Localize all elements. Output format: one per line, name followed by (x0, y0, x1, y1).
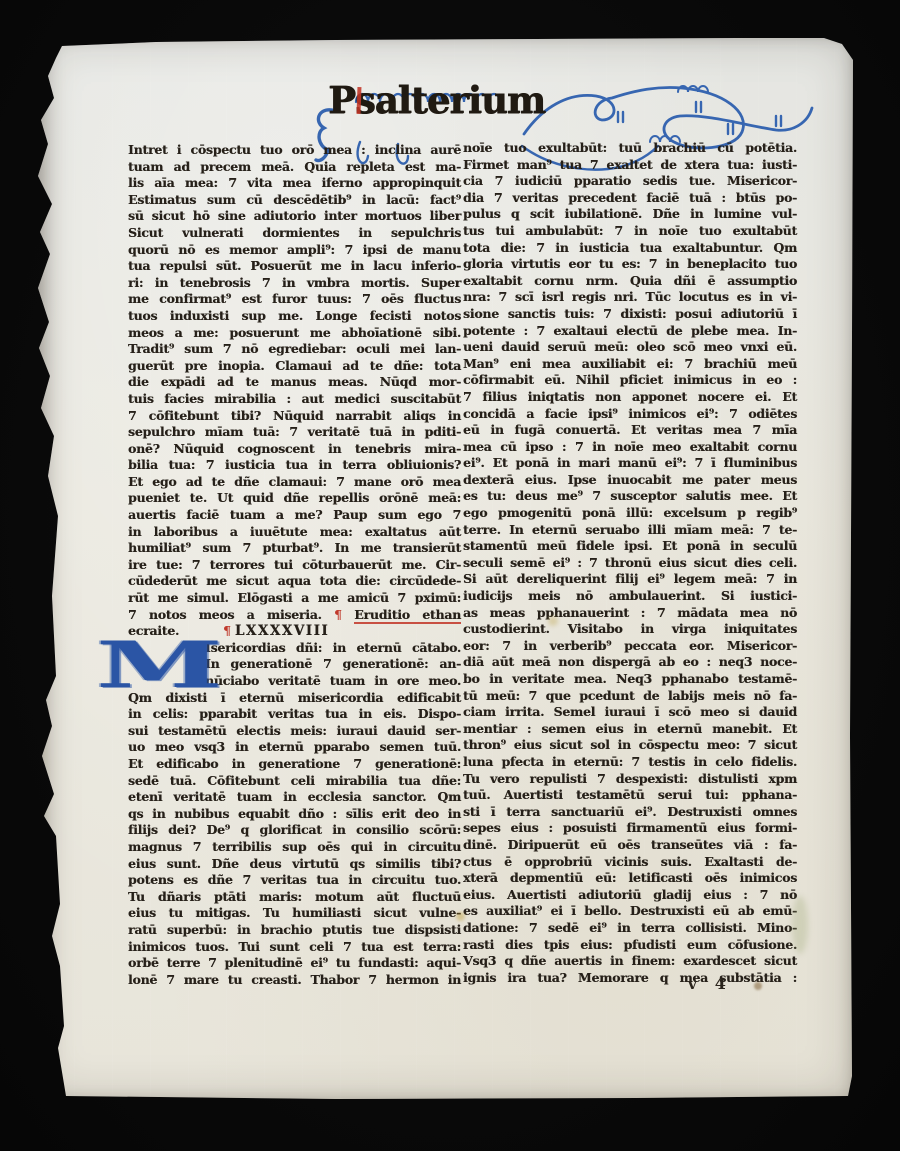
text-line: in laboribus a iuuētute mea: exaltatus a… (128, 524, 461, 541)
text-line: ciam irrita. Semel iuraui ī scō meo si d… (463, 704, 797, 721)
text-line: xterā depmentiū eū: letificasti oēs inim… (463, 870, 797, 887)
text-line: pueniet te. Ut quid dñe repellis orōnē m… (128, 490, 461, 507)
text-column-left: Intret i cōspectu tuo orō mea : inclina … (128, 142, 461, 988)
text-line: eius tu mitigas. Tu humiliasti sicut vul… (128, 905, 461, 922)
text-line: custodierint. Visitabo in virga iniquita… (463, 621, 797, 638)
text-line: datione: 7 sedē ei⁹ in terra collisisti.… (463, 920, 797, 937)
text-line: sione sanctis tuis: 7 dixisti: posui adi… (463, 306, 797, 323)
text-line: lonē 7 mare tu creasti. Thabor 7 hermon … (128, 972, 461, 989)
text-line: sti ī terra sanctuariū ei⁹. Destruxisti … (463, 804, 797, 821)
text-line: 7 filius iniqtatis non apponet nocere ei… (463, 389, 797, 406)
text-line: eor: 7 in verberib⁹ peccata eor. Miseric… (463, 638, 797, 655)
text-line: tuis facies mirabilia : aut medici susci… (128, 391, 461, 408)
text-line: qs in nubibus equabit dño : sīlis erit d… (128, 806, 461, 823)
text-line: filijs dei? De⁹ q glorificat in consilio… (128, 822, 461, 839)
rubric-title-line: 7 notos meos a miseria. ¶ Eruditio ethan (128, 607, 461, 624)
text-line: Intret i cōspectu tuo orō mea : inclina … (128, 142, 461, 159)
text-line: noīe tuo exultabūt: tuū brachiū cū potēt… (463, 140, 797, 157)
photograph-background: Psalterium Intret i cōspectu tuo orō mea… (0, 0, 900, 1151)
text-line: in celis: pparabit veritas tua in eis. D… (128, 706, 461, 723)
text-line: tota die: 7 in iusticia tua exaltabuntur… (463, 240, 797, 257)
text-line: stamentū meū fidele ipsi. Et ponā in sec… (463, 538, 797, 555)
text-line: dinē. Diripuerūt eū oēs transeūtes viā :… (463, 837, 797, 854)
initial-letter: M (96, 634, 223, 697)
text-line: ratū superbū: in brachio ptutis tue disp… (128, 922, 461, 939)
text-line: uo meo vsq3 in eternū pparabo semen tuū. (128, 739, 461, 756)
text-line: eius. Auertisti adiutoriū gladij eius : … (463, 887, 797, 904)
text-line: exaltabit cornu nrm. Quia dñi ē assumpti… (463, 273, 797, 290)
text-line: humiliat⁹ sum 7 pturbat⁹. In me transier… (128, 540, 461, 557)
text-line: cia 7 iudiciū pparatio sedis tue. Miseri… (463, 173, 797, 190)
text-line: thron⁹ eius sicut sol in cōspectu meo: 7… (463, 737, 797, 754)
text-fragment: 7 notos meos a miseria. (128, 607, 322, 622)
text-line: eius sunt. Dñe deus virtutū qs similis t… (128, 856, 461, 873)
text-line: quorū nō es memor ampli⁹: 7 ipsi de manu (128, 242, 461, 259)
text-line: cūdederūt me sicut aqua tota die: circūd… (128, 573, 461, 590)
stain (754, 982, 762, 990)
text-line: Sicut vulnerati dormientes in sepulchris (128, 225, 461, 242)
psalm-number: LXXXXVIII (235, 623, 329, 639)
text-line: sū sicut hō sine adiutorio inter mortuos… (128, 208, 461, 225)
text-line: mea cū ipso : 7 in noīe meo exaltabit co… (463, 439, 797, 456)
text-line: Et edificabo in generatione 7 generation… (128, 756, 461, 773)
text-line: gloria virtutis eor tu es: 7 in beneplac… (463, 256, 797, 273)
text-line: as meas pphanauerint : 7 mādata mea nō (463, 605, 797, 622)
psalm-88-opening: M Isericordias dñi: in eternū cātabo.In … (128, 640, 461, 690)
signature-numeral: 4 (715, 974, 726, 993)
text-line: dexterā eius. Ipse inuocabit me pater me… (463, 472, 797, 489)
text-line: tus tui ambulabūt: 7 in noīe tuo exultab… (463, 223, 797, 240)
text-line: seculi semē ei⁹ : 7 thronū eius sicut di… (463, 555, 797, 572)
text-line: orbē terre 7 plenitudinē ei⁹ tu fundasti… (128, 955, 461, 972)
text-line: ignis ira tua? Memorare q mea substātia … (463, 970, 797, 987)
stain (792, 896, 808, 954)
text-line: Tradit⁹ sum 7 nō egrediebar: oculi mei l… (128, 341, 461, 358)
text-line: concidā a facie ipsi⁹ inimicos ei⁹: 7 od… (463, 406, 797, 423)
psalm-rubric-title: Eruditio ethan (354, 607, 461, 624)
text-line: magnus 7 terribilis sup oēs qui in circu… (128, 839, 461, 856)
text-line: luna pfecta in eternū: 7 testis in celo … (463, 754, 797, 771)
text-line: eū in fugā conuertā. Et veritas mea 7 mī… (463, 422, 797, 439)
text-line: auertis faciē tuam a me? Paup sum ego 7 (128, 507, 461, 524)
text-line: es auxiliat⁹ ei ī bello. Destruxisti eū … (463, 903, 797, 920)
text-line: tuam ad precem meā. Quia repleta est ma- (128, 159, 461, 176)
text-line: rūt me simul. Elōgasti a me amicū 7 pxim… (128, 590, 461, 607)
text-line: ego pmogenitū ponā illū: excelsum p regi… (463, 505, 797, 522)
text-line: ire tue: 7 terrores tui cōturbauerūt me.… (128, 557, 461, 574)
text-line: nra: 7 scī isrl regis nri. Tūc locutus e… (463, 289, 797, 306)
text-line: onē? Nūquid cognoscent in tenebris mira- (128, 441, 461, 458)
text-line: potens es dñe 7 veritas tua in circuitu … (128, 872, 461, 889)
text-line: die expādi ad te manus meas. Nūqd mor- (128, 374, 461, 391)
text-line: guerūt pre inopia. Clamaui ad te dñe: to… (128, 358, 461, 375)
text-line: Tu vero repulisti 7 despexisti: distulis… (463, 771, 797, 788)
psalm-87-text: Intret i cōspectu tuo orō mea : inclina … (128, 142, 461, 607)
text-line: ri: in tenebrosis 7 in vmbra mortis. Sup… (128, 275, 461, 292)
text-line: terre. In eternū seruabo illi mīam meā: … (463, 522, 797, 539)
text-line: mentiar : semen eius in eternū manebit. … (463, 721, 797, 738)
text-line: Si aūt dereliquerint filij ei⁹ legem meā… (463, 571, 797, 588)
text-line: tū meū: 7 que pcedunt de labijs meis nō … (463, 688, 797, 705)
stain (456, 912, 465, 921)
text-line: Et ego ad te dñe clamaui: 7 mane orō mea (128, 474, 461, 491)
text-line: iudicijs meis nō ambulauerint. Si iustic… (463, 588, 797, 605)
text-line: tuū. Auertisti testamētū serui tui: ppha… (463, 787, 797, 804)
text-line: ctus ē opprobriū vicinis suis. Exaltasti… (463, 854, 797, 871)
text-line: sepes eius : posuisti firmamentū eius fo… (463, 820, 797, 837)
signature-letter: v (688, 975, 697, 993)
stain (548, 616, 558, 626)
text-line: sepulchro mīam tuā: 7 veritatē tuā in pd… (128, 424, 461, 441)
text-line: me confirmat⁹ est furor tuus: 7 oēs fluc… (128, 291, 461, 308)
text-line: ei⁹. Et ponā in mari manū ei⁹: 7 ī flumi… (463, 455, 797, 472)
text-line: 7 cōfitebunt tibi? Nūquid narrabit aliqs… (128, 408, 461, 425)
text-column-right: noīe tuo exultabūt: tuū brachiū cū potēt… (463, 140, 797, 986)
text-line: tuos induxisti sup me. Longe fecisti not… (128, 308, 461, 325)
psalm-88-text-cont: noīe tuo exultabūt: tuū brachiū cū potēt… (463, 140, 797, 986)
text-line: dia 7 veritas precedent faciē tuā : btūs… (463, 190, 797, 207)
text-line: lis aīa mea: 7 vita mea iferno appropinq… (128, 175, 461, 192)
text-line: inimicos tuos. Tui sunt celi 7 tua est t… (128, 939, 461, 956)
text-line: rasti dies tpis eius: pfudisti eum cōfus… (463, 937, 797, 954)
text-line: potente : 7 exaltaui electū de plebe mea… (463, 323, 797, 340)
text-line: sedē tuā. Cōfitebunt celi mirabilia tua … (128, 773, 461, 790)
text-line: meos a me: posuerunt me abhoīationē sibi… (128, 325, 461, 342)
illuminated-initial-M: M (128, 640, 205, 690)
text-line: ueni dauid seruū meū: oleo scō meo vnxi … (463, 339, 797, 356)
psalm-88-text: Qm dixisti ī eternū misericordia edifica… (128, 690, 461, 989)
text-line: bo in veritate mea. Neq3 pphanabo testam… (463, 671, 797, 688)
text-line: Firmet man⁹ tua 7 exaltet de xtera tua: … (463, 157, 797, 174)
text-line: sui testamētū electis meis: iuraui dauid… (128, 723, 461, 740)
text-line: tua repulsi sūt. Posuerūt me in lacu inf… (128, 258, 461, 275)
text-line: cōfirmabit eū. Nihil pficiet inimicus in… (463, 372, 797, 389)
text-line: etenī veritatē tuam in ecclesia sanctor.… (128, 789, 461, 806)
text-line: Tu dñaris ptāti maris: motum aūt fluctuū (128, 889, 461, 906)
text-line: Man⁹ eni mea auxiliabit ei: 7 brachiū me… (463, 356, 797, 373)
text-line: diā aūt meā non dispergā ab eo : neq3 no… (463, 654, 797, 671)
quire-signature: v4 (688, 974, 726, 993)
text-line: es tu: deus me⁹ 7 susceptor salutis mee.… (463, 488, 797, 505)
text-line: Estimatus sum cū descēdētib⁹ in lacū: fa… (128, 192, 461, 209)
text-line: Vsq3 q dñe auertis in finem: exardescet … (463, 953, 797, 970)
manuscript-leaf: Psalterium Intret i cōspectu tuo orō mea… (36, 36, 853, 1101)
text-line: pulus q scit iubilationē. Dñe in lumine … (463, 206, 797, 223)
text-line: bilia tua: 7 iusticia tua in terra obliu… (128, 457, 461, 474)
paraph-icon: ¶ (223, 623, 231, 638)
paraph-icon: ¶ (334, 607, 342, 622)
